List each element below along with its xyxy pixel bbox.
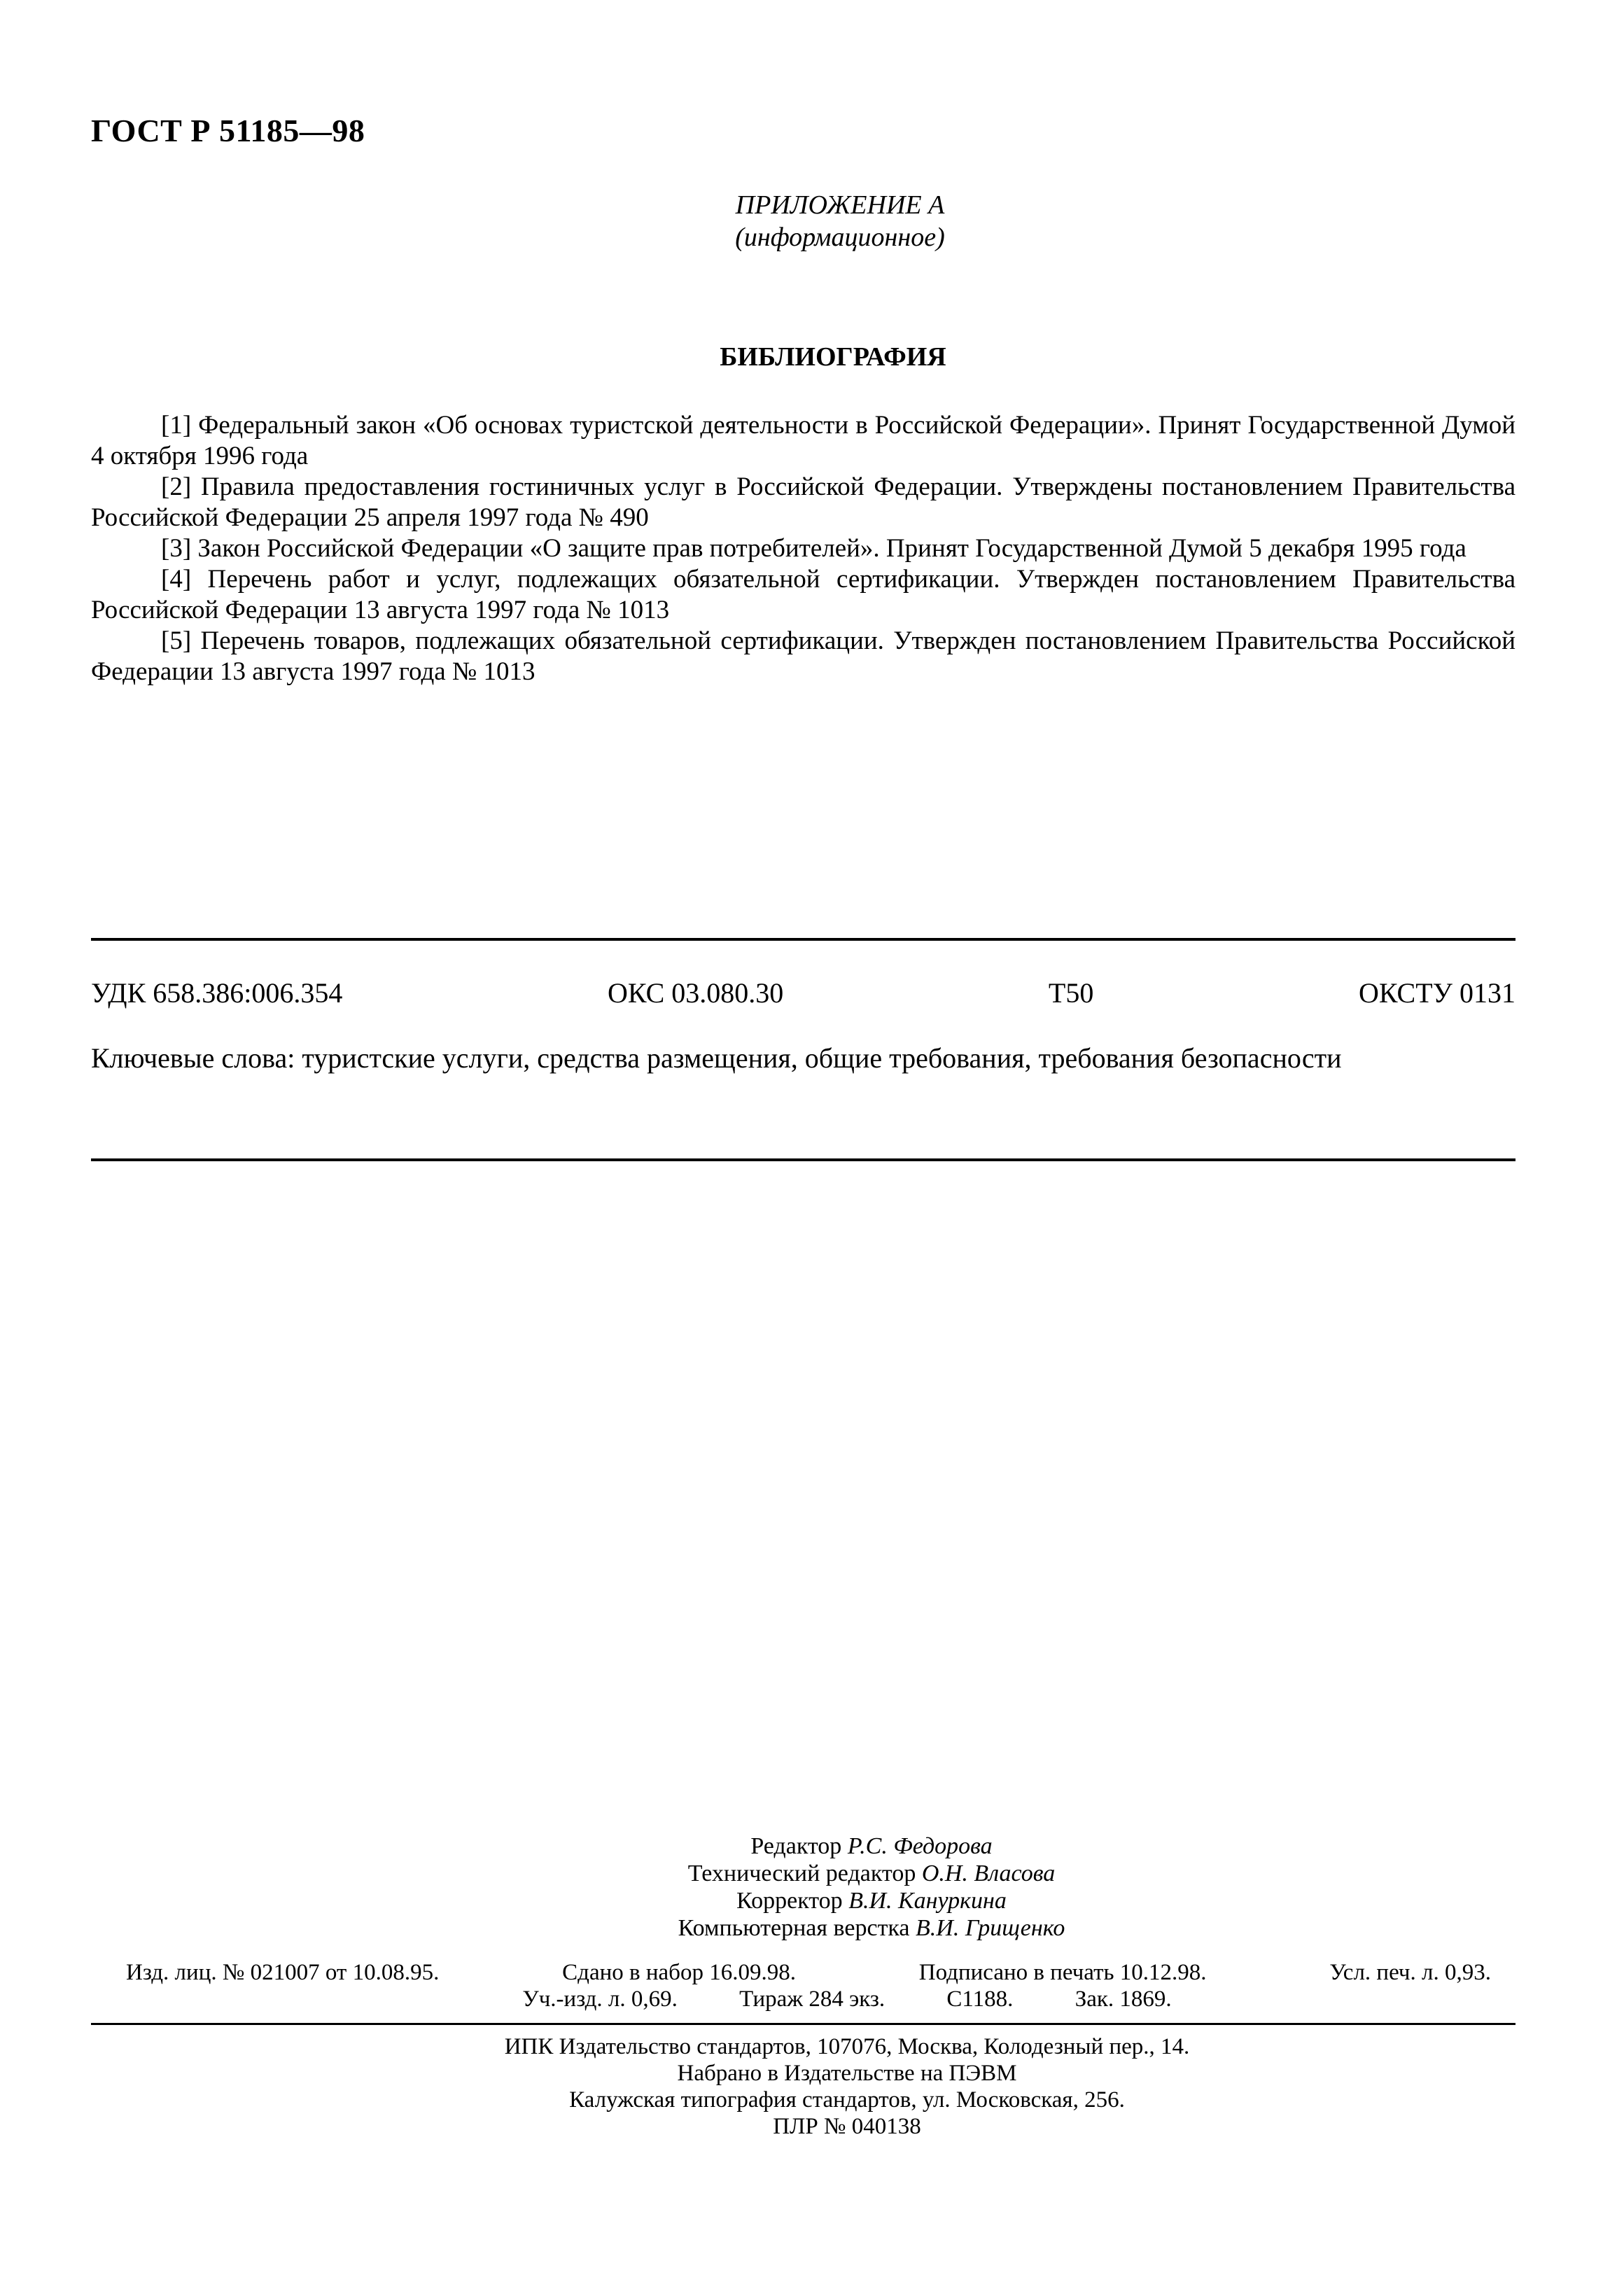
publisher-address: ИПК Издательство стандартов, 107076, Мос… bbox=[70, 2033, 1624, 2060]
publisher-sheets: Уч.-изд. л. 0,69. bbox=[522, 1987, 678, 2012]
udk-code: УДК 658.386:006.354 bbox=[91, 976, 342, 1009]
bibliography-title: БИБЛИОГРАФИЯ bbox=[0, 342, 1624, 372]
bibliography-item: [2] Правила предоставления гостиничных у… bbox=[91, 472, 1515, 533]
classification-row: УДК 658.386:006.354 ОКС 03.080.30 Т50 ОК… bbox=[91, 976, 1515, 1009]
appendix-heading: ПРИЛОЖЕНИЕ А (информационное) bbox=[0, 189, 1624, 253]
order-number: Зак. 1869. bbox=[1075, 1987, 1172, 2012]
publication-info-row-2: Уч.-изд. л. 0,69. Тираж 284 экз. С1188. … bbox=[0, 1987, 1624, 2012]
divider-colophon bbox=[91, 2023, 1515, 2025]
bibliography-item: [3] Закон Российской Федерации «О защите… bbox=[91, 533, 1515, 564]
divider-top bbox=[91, 938, 1515, 941]
bibliography-item: [1] Федеральный закон «Об основах турист… bbox=[91, 410, 1515, 472]
credit-name: О.Н. Власова bbox=[922, 1861, 1055, 1886]
credits: Редактор Р.С. Федорова Технический редак… bbox=[0, 1833, 1624, 1942]
bibliography-item: [4] Перечень работ и услуг, подлежащих о… bbox=[91, 564, 1515, 626]
keywords: Ключевые слова: туристские услуги, средс… bbox=[91, 1042, 1515, 1075]
appendix-title: ПРИЛОЖЕНИЕ А bbox=[56, 189, 1624, 221]
credit-role: Корректор bbox=[736, 1888, 843, 1914]
credit-role: Компьютерная верстка bbox=[678, 1915, 910, 1941]
printer-info: ИПК Издательство стандартов, 107076, Мос… bbox=[0, 2033, 1624, 2140]
bibliography-list: [1] Федеральный закон «Об основах турист… bbox=[91, 410, 1515, 687]
credit-name: В.И. Кануркина bbox=[848, 1888, 1007, 1914]
appendix-subtitle: (информационное) bbox=[56, 221, 1624, 253]
okstu-code: ОКСТУ 0131 bbox=[1359, 976, 1515, 1009]
credit-name: Р.С. Федорова bbox=[848, 1833, 993, 1859]
print-sheets: Усл. печ. л. 0,93. bbox=[1329, 1960, 1491, 1986]
credit-role: Технический редактор bbox=[688, 1861, 916, 1886]
typeset-date: Сдано в набор 16.09.98. bbox=[562, 1960, 796, 1986]
divider-bottom bbox=[91, 1158, 1515, 1161]
series-code: С1188. bbox=[946, 1987, 1013, 2012]
group-code: Т50 bbox=[1049, 976, 1093, 1009]
credit-layout: Компьютерная верстка В.И. Грищенко bbox=[119, 1914, 1624, 1942]
credit-editor: Редактор Р.С. Федорова bbox=[119, 1833, 1624, 1860]
typeset-note: Набрано в Издательстве на ПЭВМ bbox=[70, 2060, 1624, 2087]
credit-name: В.И. Грищенко bbox=[916, 1915, 1065, 1941]
oks-code: ОКС 03.080.30 bbox=[608, 976, 783, 1009]
bibliography-item: [5] Перечень товаров, подлежащих обязате… bbox=[91, 626, 1515, 687]
license: Изд. лиц. № 021007 от 10.08.95. bbox=[126, 1960, 439, 1986]
credit-proofreader: Корректор В.И. Кануркина bbox=[119, 1887, 1624, 1914]
plr-number: ПЛР № 040138 bbox=[70, 2113, 1624, 2140]
printing-house: Калужская типография стандартов, ул. Мос… bbox=[70, 2087, 1624, 2113]
print-date: Подписано в печать 10.12.98. bbox=[919, 1960, 1207, 1986]
document-code: ГОСТ Р 51185—98 bbox=[91, 112, 365, 149]
publication-info-row-1: Изд. лиц. № 021007 от 10.08.95. Сдано в … bbox=[126, 1960, 1491, 1986]
credit-role: Редактор bbox=[750, 1833, 841, 1859]
print-run: Тираж 284 экз. bbox=[739, 1987, 885, 2012]
credit-tech-editor: Технический редактор О.Н. Власова bbox=[119, 1860, 1624, 1887]
